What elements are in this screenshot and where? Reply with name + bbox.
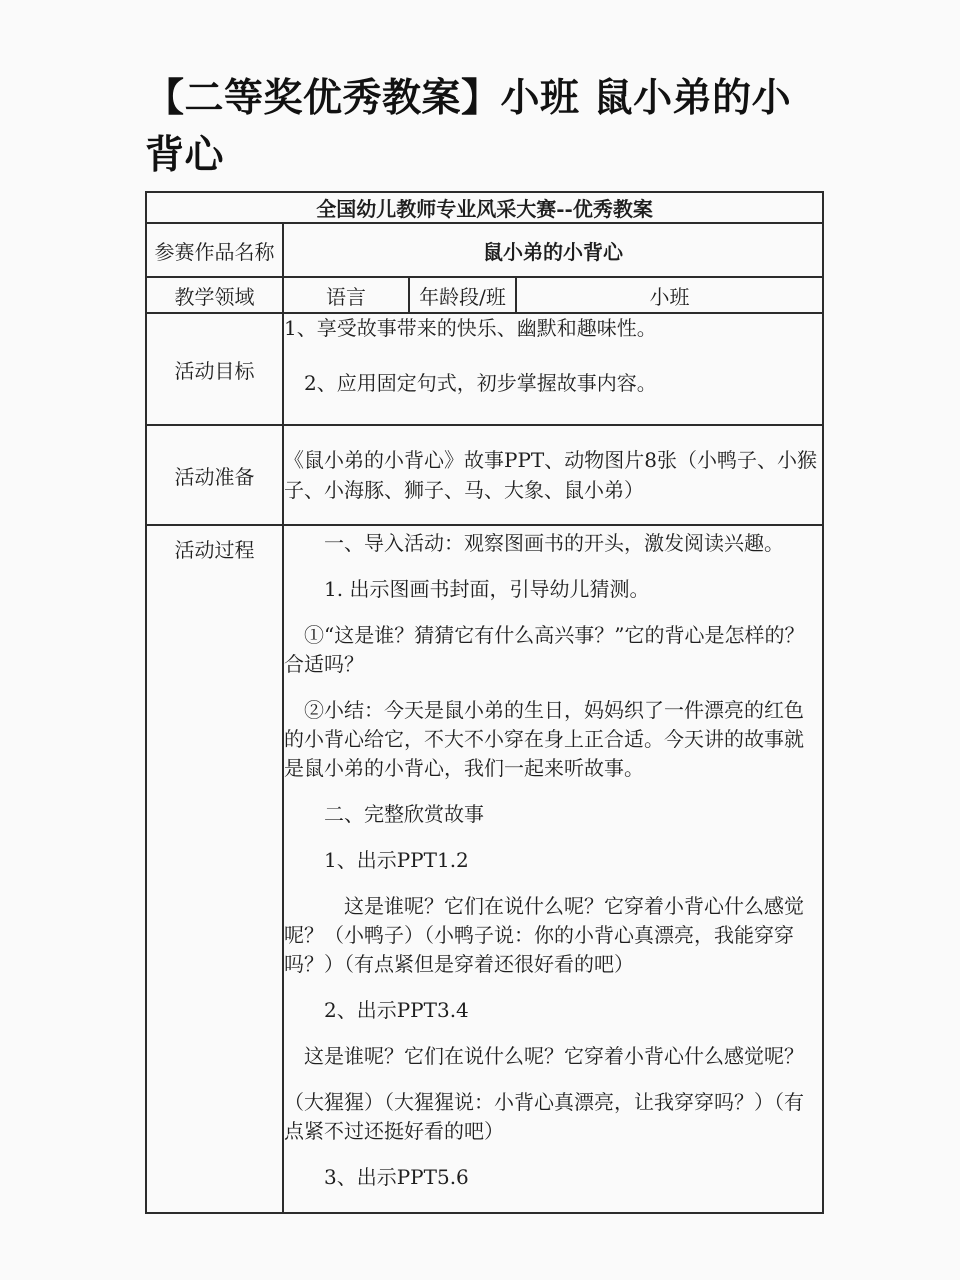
- entry-name-label: 参赛作品名称: [146, 223, 283, 277]
- goal-paragraph: 1、享受故事带来的快乐、幽默和趣味性。: [284, 314, 822, 342]
- age-group-label: 年龄段/班: [409, 277, 516, 313]
- activity-goals-row: 活动目标 1、享受故事带来的快乐、幽默和趣味性。 2、应用固定句式，初步掌握故事…: [146, 313, 823, 425]
- page-title: 【二等奖优秀教案】小班 鼠小弟的小背心: [145, 70, 822, 184]
- table-header-row: 全国幼儿教师专业风采大赛--优秀教案: [146, 192, 823, 223]
- teaching-domain-row: 教学领域 语言 年龄段/班 小班: [146, 277, 823, 313]
- activity-preparation-label: 活动准备: [146, 425, 283, 525]
- teaching-domain-value: 语言: [283, 277, 409, 313]
- entry-name-row: 参赛作品名称 鼠小弟的小背心: [146, 223, 823, 277]
- activity-process-row: 活动过程 一、导入活动：观察图画书的开头，激发阅读兴趣。 1. 出示图画书封面，…: [146, 525, 823, 1213]
- goal-paragraph: 2、应用固定句式，初步掌握故事内容。: [284, 369, 822, 397]
- table-title: 全国幼儿教师专业风采大赛--优秀教案: [146, 192, 823, 223]
- preparation-paragraph: 《鼠小弟的小背心》故事PPT、动物图片8张（小鸭子、小猴子、小海豚、狮子、马、大…: [284, 445, 822, 505]
- process-paragraph: 这是谁呢？它们在说什么呢？它穿着小背心什么感觉呢？（小鸭子）（小鸭子说：你的小背…: [284, 892, 822, 979]
- process-paragraph: （大猩猩）（大猩猩说：小背心真漂亮，让我穿穿吗？）（有点紧不过还挺好看的吧）: [284, 1088, 822, 1146]
- entry-name-value: 鼠小弟的小背心: [283, 223, 823, 277]
- process-paragraph: 1、出示PPT1.2: [284, 846, 822, 875]
- activity-goals-content: 1、享受故事带来的快乐、幽默和趣味性。 2、应用固定句式，初步掌握故事内容。: [283, 313, 823, 425]
- activity-preparation-row: 活动准备 《鼠小弟的小背心》故事PPT、动物图片8张（小鸭子、小猴子、小海豚、狮…: [146, 425, 823, 525]
- activity-process-label: 活动过程: [146, 525, 283, 1213]
- activity-process-content: 一、导入活动：观察图画书的开头，激发阅读兴趣。 1. 出示图画书封面，引导幼儿猜…: [283, 525, 823, 1213]
- lesson-plan-table: 全国幼儿教师专业风采大赛--优秀教案 参赛作品名称 鼠小弟的小背心 教学领域 语…: [145, 191, 824, 1214]
- process-paragraph: 1. 出示图画书封面，引导幼儿猜测。: [284, 575, 822, 604]
- process-paragraph: 二、完整欣赏故事: [284, 800, 822, 829]
- process-paragraph: 2、出示PPT3.4: [284, 996, 822, 1025]
- document-page: 【二等奖优秀教案】小班 鼠小弟的小背心 全国幼儿教师专业风采大赛--优秀教案 参…: [0, 0, 960, 1280]
- activity-preparation-content: 《鼠小弟的小背心》故事PPT、动物图片8张（小鸭子、小猴子、小海豚、狮子、马、大…: [283, 425, 823, 525]
- activity-goals-label: 活动目标: [146, 313, 283, 425]
- process-paragraph: 3、出示PPT5.6: [284, 1163, 822, 1192]
- age-group-value: 小班: [516, 277, 823, 313]
- process-paragraph: ②小结：今天是鼠小弟的生日，妈妈织了一件漂亮的红色的小背心给它，不大不小穿在身上…: [284, 696, 822, 783]
- teaching-domain-label: 教学领域: [146, 277, 283, 313]
- process-paragraph: 一、导入活动：观察图画书的开头，激发阅读兴趣。: [284, 529, 822, 558]
- process-paragraph: ①“这是谁？猜猜它有什么高兴事？”它的背心是怎样的？合适吗？: [284, 621, 822, 679]
- process-paragraph: 这是谁呢？它们在说什么呢？它穿着小背心什么感觉呢？: [284, 1042, 822, 1071]
